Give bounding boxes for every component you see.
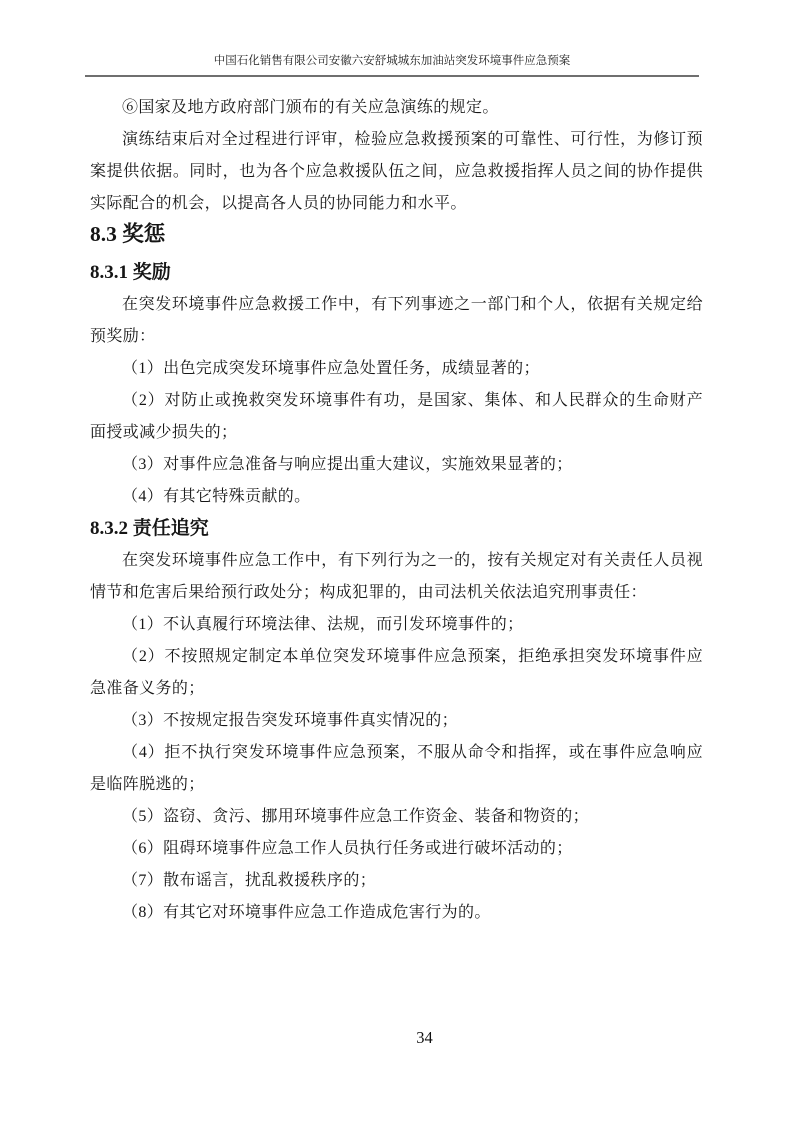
page-footer: 34: [0, 1022, 793, 1054]
document-page: 中国石化销售有限公司安徽六安舒城城东加油站突发环境事件应急预案 ⑥国家及地方政府…: [0, 0, 793, 1122]
accountability-item-7: （7）散布谣言，扰乱救援秩序的；: [90, 865, 703, 897]
header-title: 中国石化销售有限公司安徽六安舒城城东加油站突发环境事件应急预案: [214, 55, 571, 67]
reward-item-2: （2）对防止或挽救突发环境事件有功，是国家、集体、和人民群众的生命财产面授或减少…: [90, 385, 703, 449]
reward-item-4: （4）有其它特殊贡献的。: [90, 481, 703, 513]
accountability-item-4: （4）拒不执行突发环境事件应急预案，不服从命令和指挥，或在事件应急响应是临阵脱逃…: [90, 737, 703, 801]
accountability-item-5: （5）盗窃、贪污、挪用环境事件应急工作资金、装备和物资的；: [90, 801, 703, 833]
document-body: ⑥国家及地方政府部门颁布的有关应急演练的规定。 演练结束后对全过程进行评审，检验…: [90, 92, 703, 929]
subsection-heading-8-3-1: 8.3.1 奖励: [90, 257, 703, 289]
subsection-heading-8-3-2: 8.3.2 责任追究: [90, 513, 703, 545]
drill-review-paragraph: 演练结束后对全过程进行评审，检验应急救援预案的可靠性、可行性，为修订预案提供依据…: [90, 124, 703, 220]
accountability-intro-paragraph: 在突发环境事件应急工作中，有下列行为之一的，按有关规定对有关责任人员视情节和危害…: [90, 545, 703, 609]
accountability-item-6: （6）阻碍环境事件应急工作人员执行任务或进行破坏活动的；: [90, 833, 703, 865]
reward-intro-paragraph: 在突发环境事件应急救援工作中，有下列事迹之一部门和个人，依据有关规定给预奖励：: [90, 289, 703, 353]
accountability-item-2: （2）不按照规定制定本单位突发环境事件应急预案，拒绝承担突发环境事件应急准备义务…: [90, 641, 703, 705]
reward-item-1: （1）出色完成突发环境事件应急处置任务，成绩显著的；: [90, 353, 703, 385]
reward-item-3: （3）对事件应急准备与响应提出重大建议，实施效果显著的；: [90, 449, 703, 481]
accountability-item-1: （1）不认真履行环境法律、法规，而引发环境事件的；: [90, 609, 703, 641]
page-header: 中国石化销售有限公司安徽六安舒城城东加油站突发环境事件应急预案: [85, 53, 699, 77]
page-number: 34: [416, 1028, 433, 1047]
section-heading-8-3: 8.3 奖惩: [90, 218, 703, 250]
accountability-item-3: （3）不按规定报告突发环境事件真实情况的；: [90, 705, 703, 737]
accountability-item-8: （8）有其它对环境事件应急工作造成危害行为的。: [90, 897, 703, 929]
drill-regulation-item: ⑥国家及地方政府部门颁布的有关应急演练的规定。: [90, 92, 703, 124]
